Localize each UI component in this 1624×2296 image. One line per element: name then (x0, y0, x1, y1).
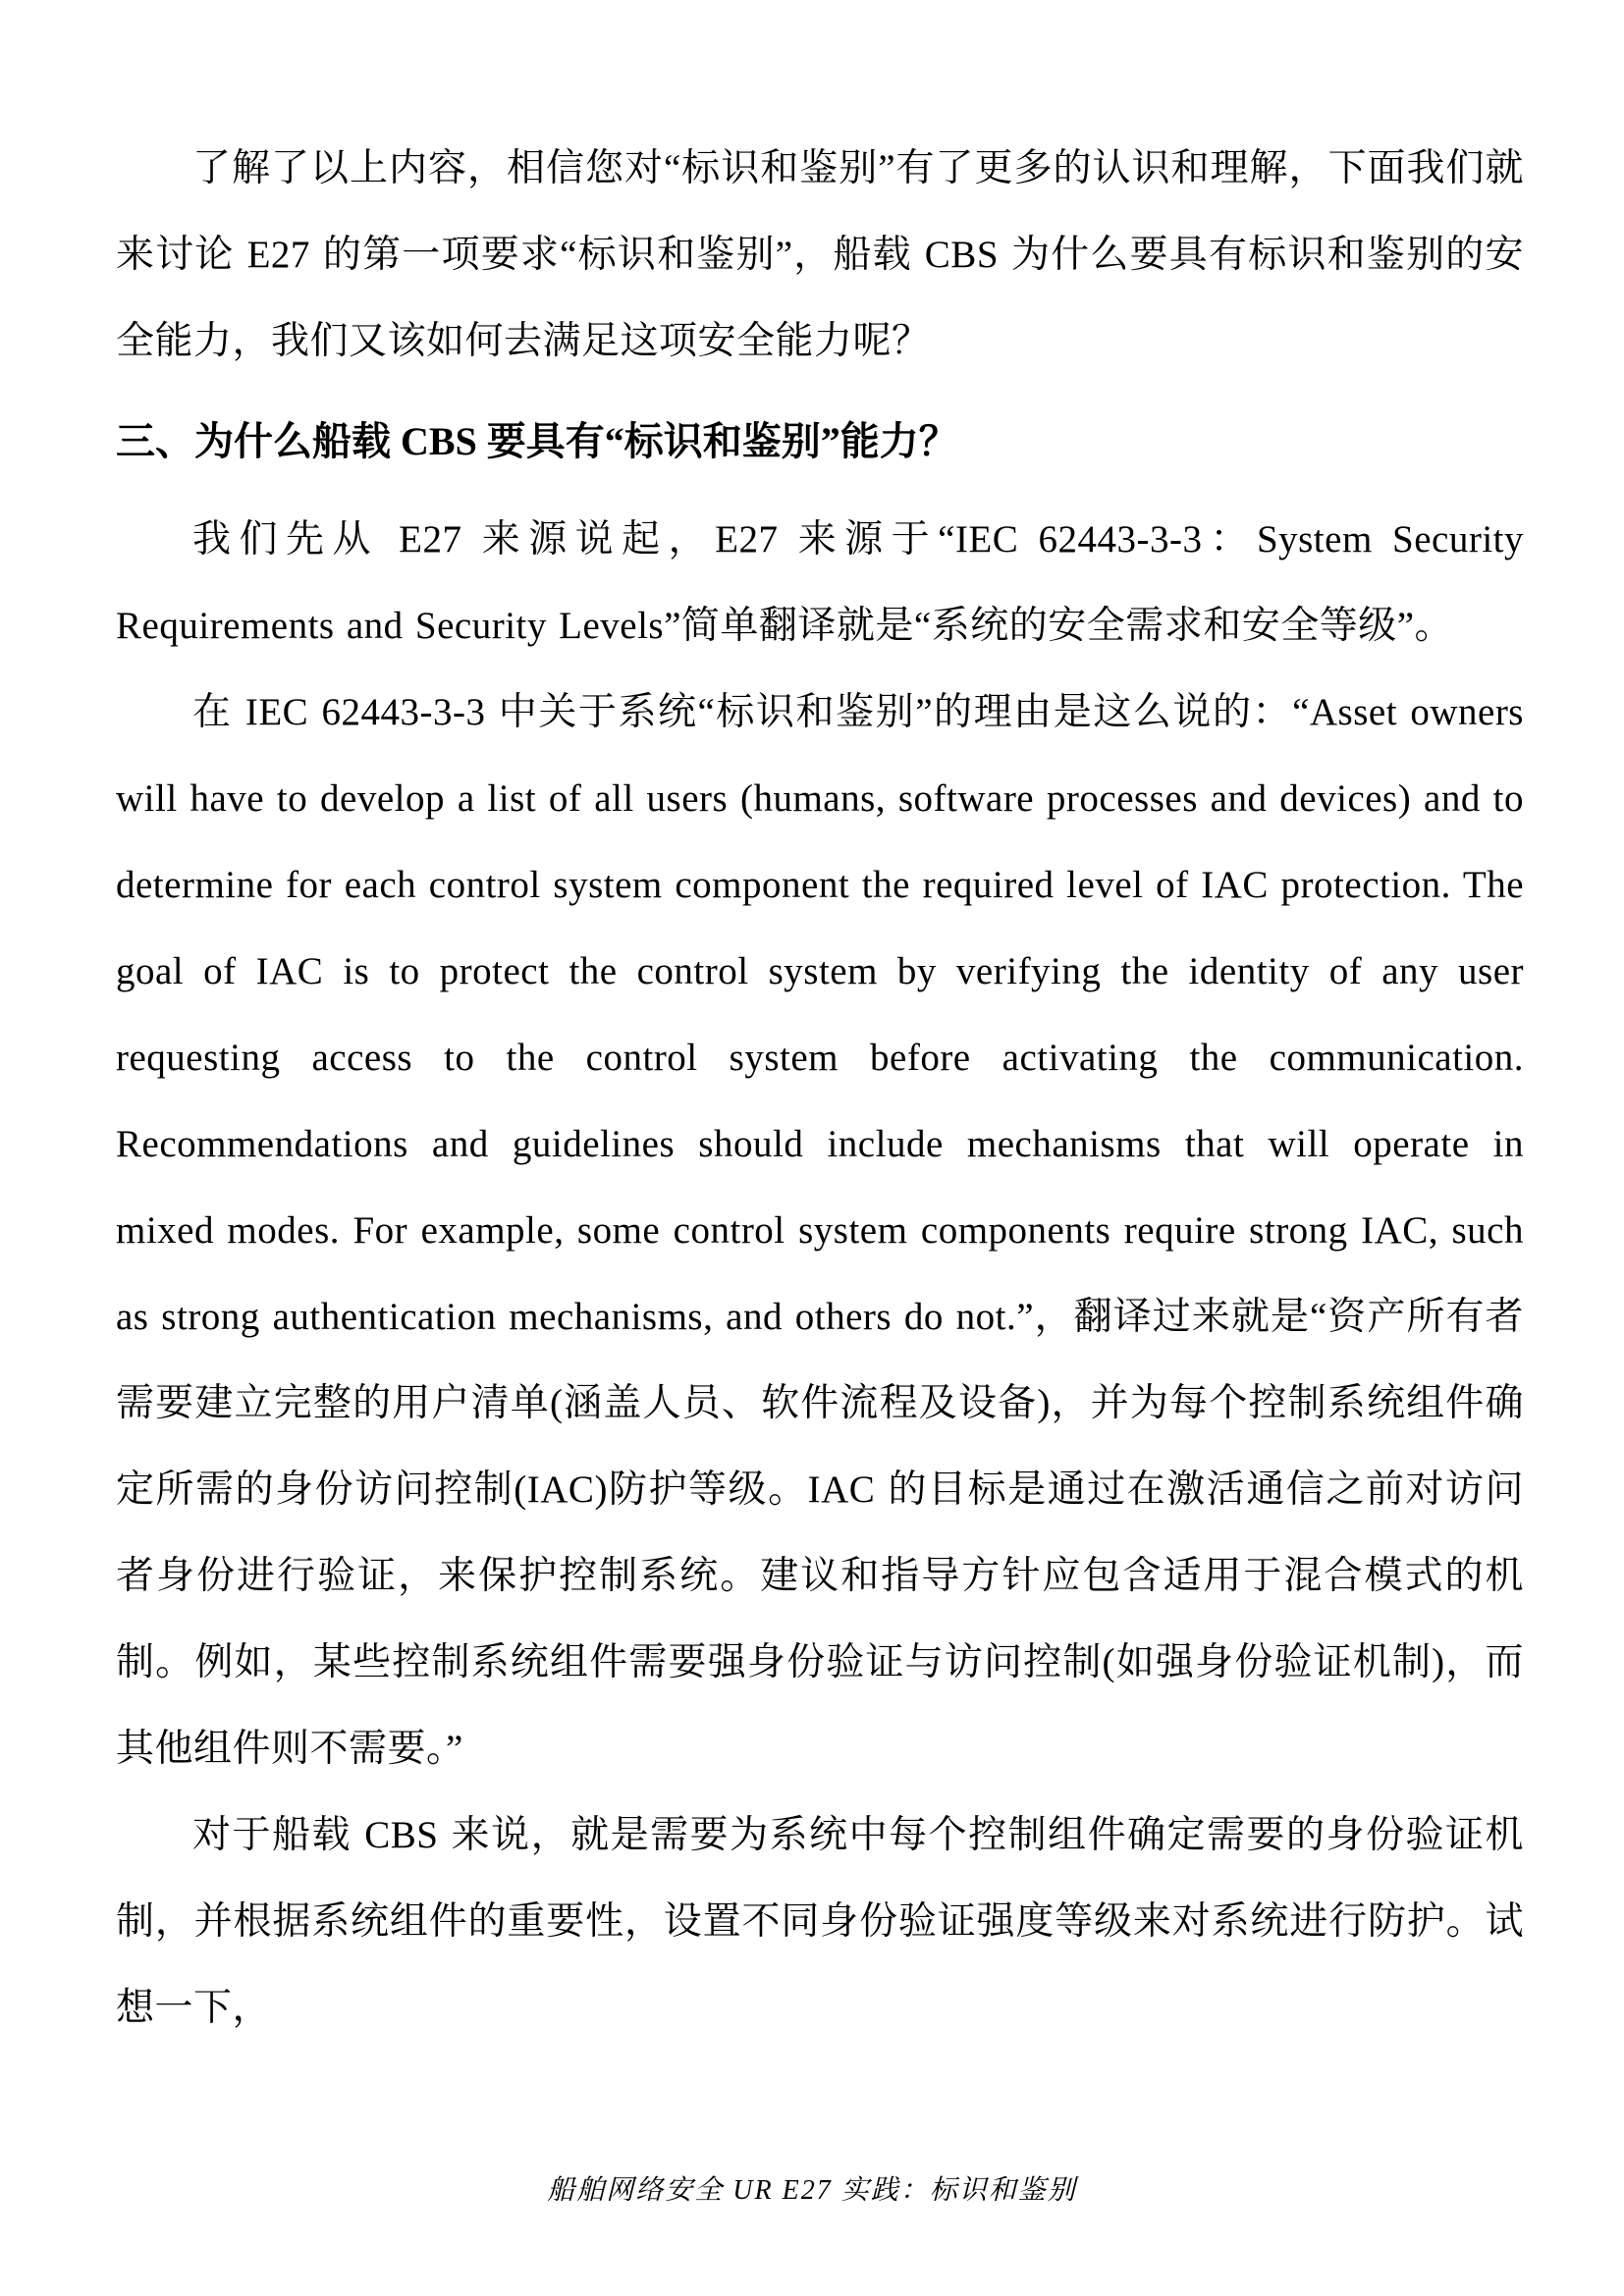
page-footer: 船舶网络安全 UR E27 实践：标识和鉴别 (0, 2171, 1624, 2211)
page-content: 了解了以上内容，相信您对“标识和鉴别”有了更多的认识和理解，下面我们就来讨论 E… (116, 126, 1524, 2052)
section-heading: 三、为什么船载 CBS 要具有“标识和鉴别”能力？ (116, 399, 1524, 485)
iec-quote-paragraph: 在 IEC 62443-3-3 中关于系统“标识和鉴别”的理由是这么说的：“As… (116, 669, 1524, 1792)
intro-paragraph: 了解了以上内容，相信您对“标识和鉴别”有了更多的认识和理解，下面我们就来讨论 E… (116, 126, 1524, 385)
cbs-apply-paragraph: 对于船载 CBS 来说，就是需要为系统中每个控制组件确定需要的身份验证机制，并根… (116, 1792, 1524, 2052)
footer-title: 船舶网络安全 UR E27 实践：标识和鉴别 (547, 2175, 1076, 2206)
document-page: 了解了以上内容，相信您对“标识和鉴别”有了更多的认识和理解，下面我们就来讨论 E… (0, 0, 1624, 2296)
e27-origin-paragraph: 我们先从 E27 来源说起，E27 来源于“IEC 62443-3-3：Syst… (116, 497, 1524, 669)
